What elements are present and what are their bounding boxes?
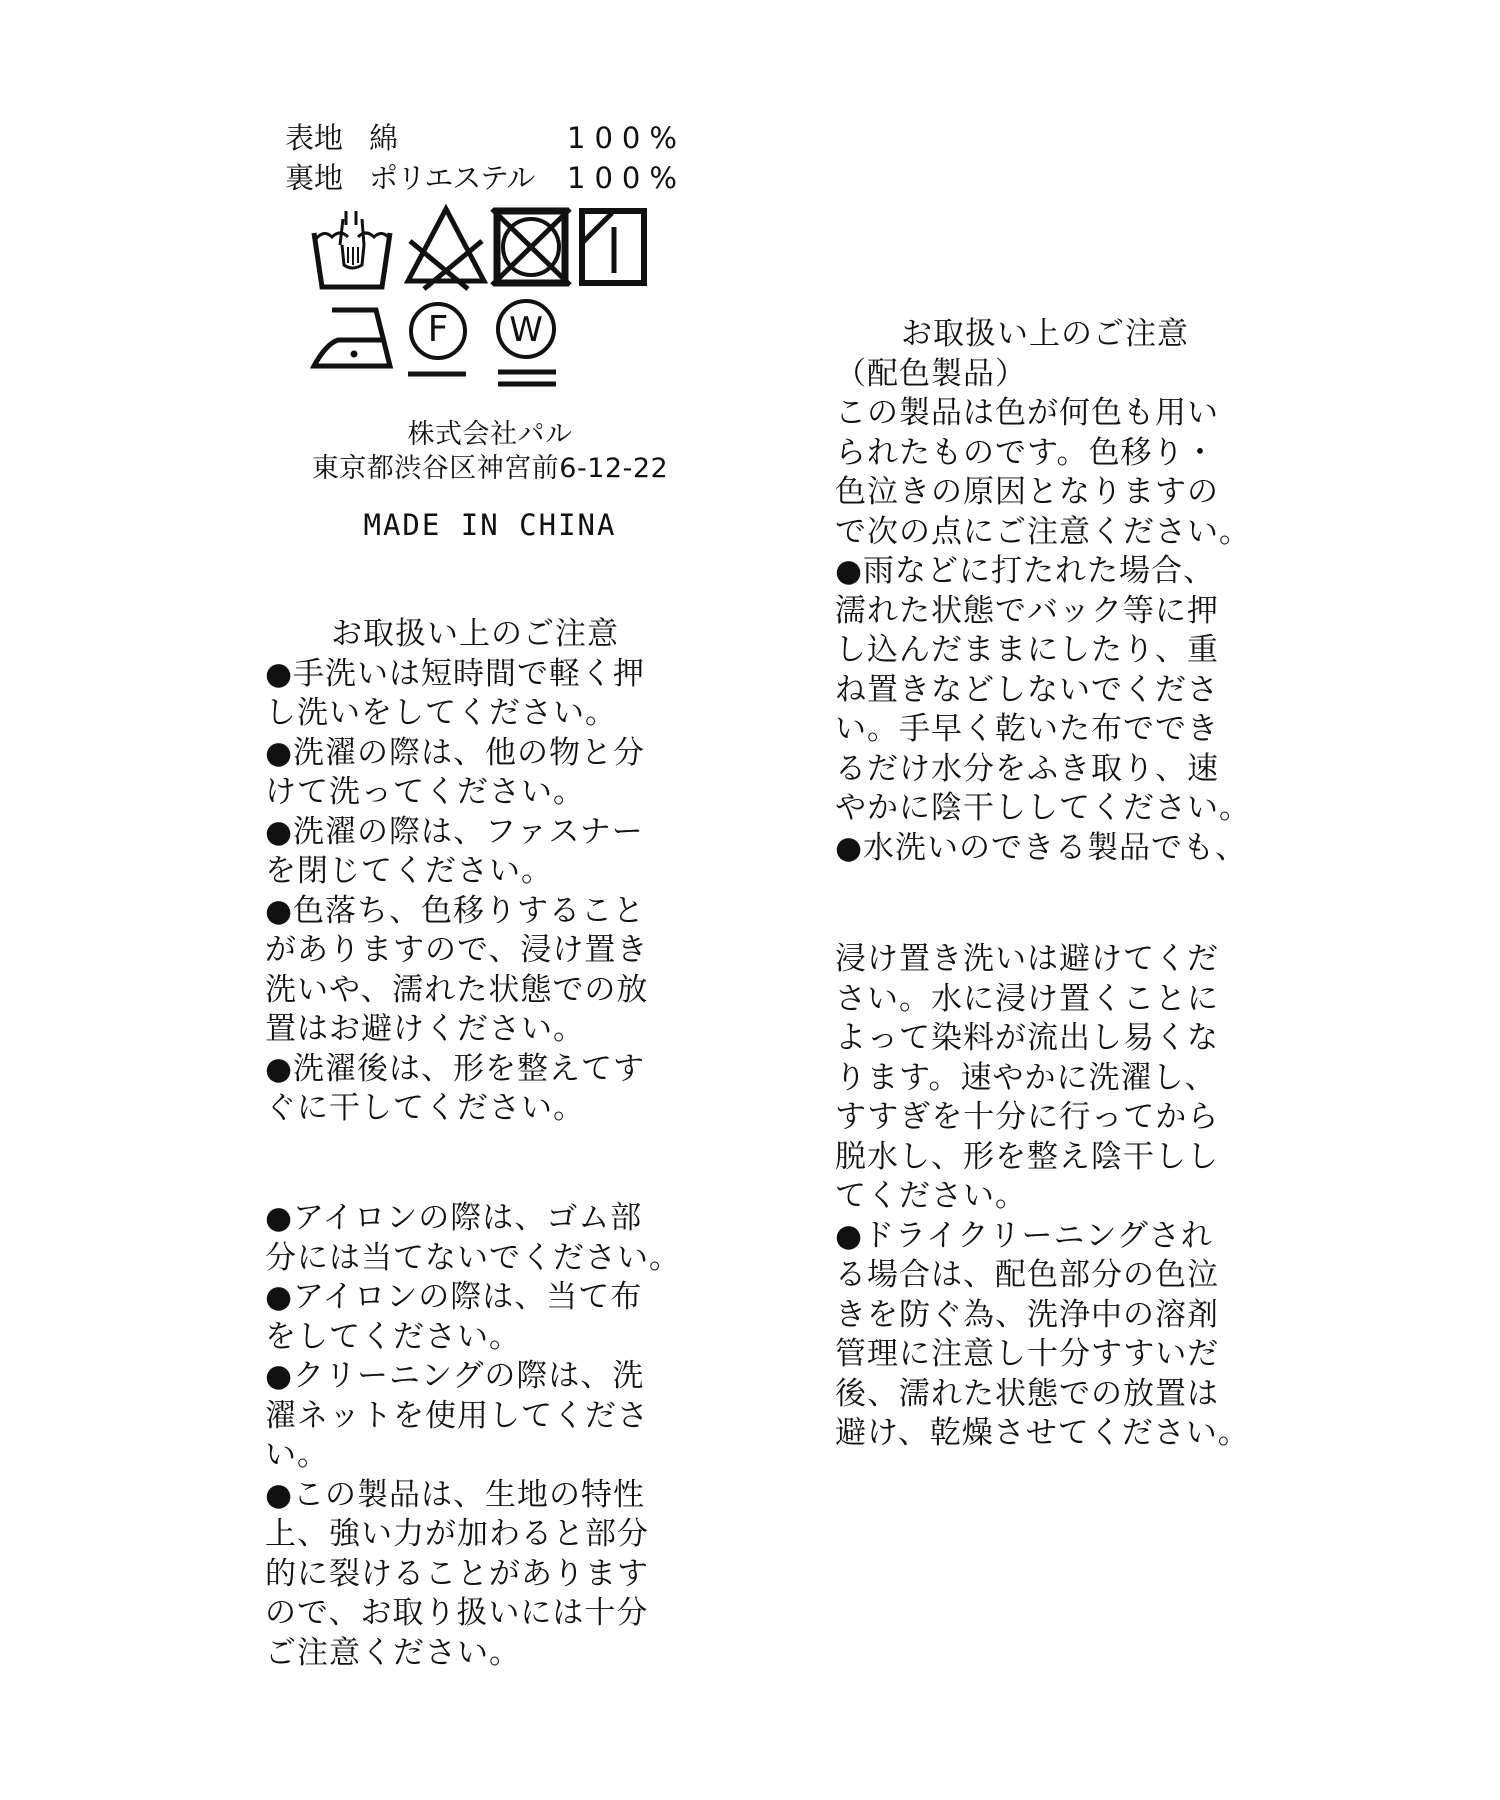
notice-line: られたものです。色移り・ [835,434,1305,474]
notice-line: 置はお避けください。 [265,1010,725,1050]
notice-line: ●アイロンの際は、当て布 [265,1278,725,1318]
wet-clean-icon: W [494,296,560,392]
fiber-content: 表地 綿 100% 裏地 ポリエステル 100% [285,118,685,198]
notice-line: 分には当てないでください。 [265,1239,725,1279]
notice-line: ●この製品は、生地の特性 [265,1476,725,1516]
notice-line: ので、お取り扱いには十分 [265,1594,725,1634]
notice-line: 上、強い力が加わると部分 [265,1515,725,1555]
fiber-material: 綿 [369,118,398,158]
notice-line: 脱水し、形を整え陰干しし [835,1138,1305,1178]
notice-line: ●洗濯後は、形を整えてす [265,1050,725,1090]
notice-line: 濡れた状態でバック等に押 [835,592,1305,632]
notice-line: 浸け置き洗いは避けてくだ [835,940,1305,980]
no-tumble-dry-icon [490,205,572,291]
no-bleach-icon [402,201,490,291]
notice-line: ●手洗いは短時間で軽く押 [265,655,725,695]
notice-line: よって染料が流出し易くな [835,1019,1305,1059]
notice-line: を閉じてください。 [265,852,725,892]
notice-line: この製品は色が何色も用い [835,394,1305,434]
notice-line: ご注意ください。 [265,1634,725,1674]
notice-line: 避け、乾燥させてください。 [835,1414,1305,1454]
notice-line: ●アイロンの際は、ゴム部 [265,1199,725,1239]
notice-line: るだけ水分をふき取り、速 [835,750,1305,790]
notice-line: さい。水に浸け置くことに [835,980,1305,1020]
notice-line: ぐに干してください。 [265,1089,725,1129]
notice-line: る場合は、配色部分の色泣 [835,1256,1305,1296]
notice-line: で次の点にご注意ください。 [835,513,1305,553]
notice-line: ●ドライクリーニングされ [835,1217,1305,1257]
notice-line: ●洗濯の際は、ファスナー [265,813,725,853]
company-name: 株式会社パル [280,418,700,452]
notice-line: い。手早く乾いた布ででき [835,710,1305,750]
dry-clean-icon: F [406,300,470,382]
left-notice-heading: お取扱い上のご注意 [265,615,685,655]
dry-clean-letter: F [406,308,470,352]
company-address: 東京都渋谷区神宮前6-12-22 [280,452,700,486]
fiber-part: 表地 [285,118,343,158]
fiber-row-lining: 裏地 ポリエステル 100% [285,158,685,198]
notice-line: がありますので、浸け置き [265,931,725,971]
notice-line: すすぎを十分に行ってから [835,1098,1305,1138]
notice-line: 色泣きの原因となりますの [835,473,1305,513]
country-of-origin: MADE IN CHINA [280,508,700,542]
fiber-material: ポリエステル [369,158,534,198]
fiber-row-outer: 表地 綿 100% [285,118,685,158]
company-info: 株式会社パル 東京都渋谷区神宮前6-12-22 [280,418,700,486]
right-notice-continued: 浸け置き洗いは避けてくだ さい。水に浸け置くことに よって染料が流出し易くな り… [835,940,1305,1454]
iron-icon [310,300,395,370]
right-notice: お取扱い上のご注意 （配色製品） この製品は色が何色も用い られたものです。色移… [835,315,1305,868]
notice-line: きを防ぐ為、洗浄中の溶剤 [835,1296,1305,1336]
left-notice: お取扱い上のご注意 ●手洗いは短時間で軽く押 し洗いをしてください。 ●洗濯の際… [265,615,725,1129]
notice-line: ●雨などに打たれた場合、 [835,552,1305,592]
notice-line: ります。速やかに洗濯し、 [835,1059,1305,1099]
hand-wash-icon [310,205,395,295]
notice-line: ね置きなどしないでくださ [835,671,1305,711]
notice-line: ●色落ち、色移りすること [265,892,725,932]
notice-line: 濯ネットを使用してくださ [265,1397,725,1437]
fiber-percent: 100% [567,118,686,158]
wet-clean-letter: W [494,308,558,352]
notice-line: し洗いをしてください。 [265,694,725,734]
notice-line: ●水洗いのできる製品でも、 [835,829,1305,869]
right-notice-subheading: （配色製品） [835,355,1305,395]
notice-line: ●洗濯の際は、他の物と分 [265,734,725,774]
notice-line: し込んだままにしたり、重 [835,631,1305,671]
notice-line: 的に裂けることがあります [265,1555,725,1595]
fiber-percent: 100% [567,158,686,198]
notice-line: てください。 [835,1177,1305,1217]
notice-line: やかに陰干ししてください。 [835,789,1305,829]
line-dry-icon [578,205,648,291]
notice-line: けて洗ってください。 [265,773,725,813]
notice-line: 後、濡れた状態での放置は [835,1375,1305,1415]
notice-line: 管理に注意し十分すすいだ [835,1335,1305,1375]
notice-line: い。 [265,1436,725,1476]
left-notice-continued: ●アイロンの際は、ゴム部 分には当てないでください。 ●アイロンの際は、当て布 … [265,1199,725,1673]
right-notice-heading: お取扱い上のご注意 [835,315,1255,355]
notice-line: 洗いや、濡れた状態での放 [265,971,725,1011]
notice-line: をしてください。 [265,1318,725,1358]
notice-line: ●クリーニングの際は、洗 [265,1357,725,1397]
fiber-part: 裏地 [285,158,343,198]
